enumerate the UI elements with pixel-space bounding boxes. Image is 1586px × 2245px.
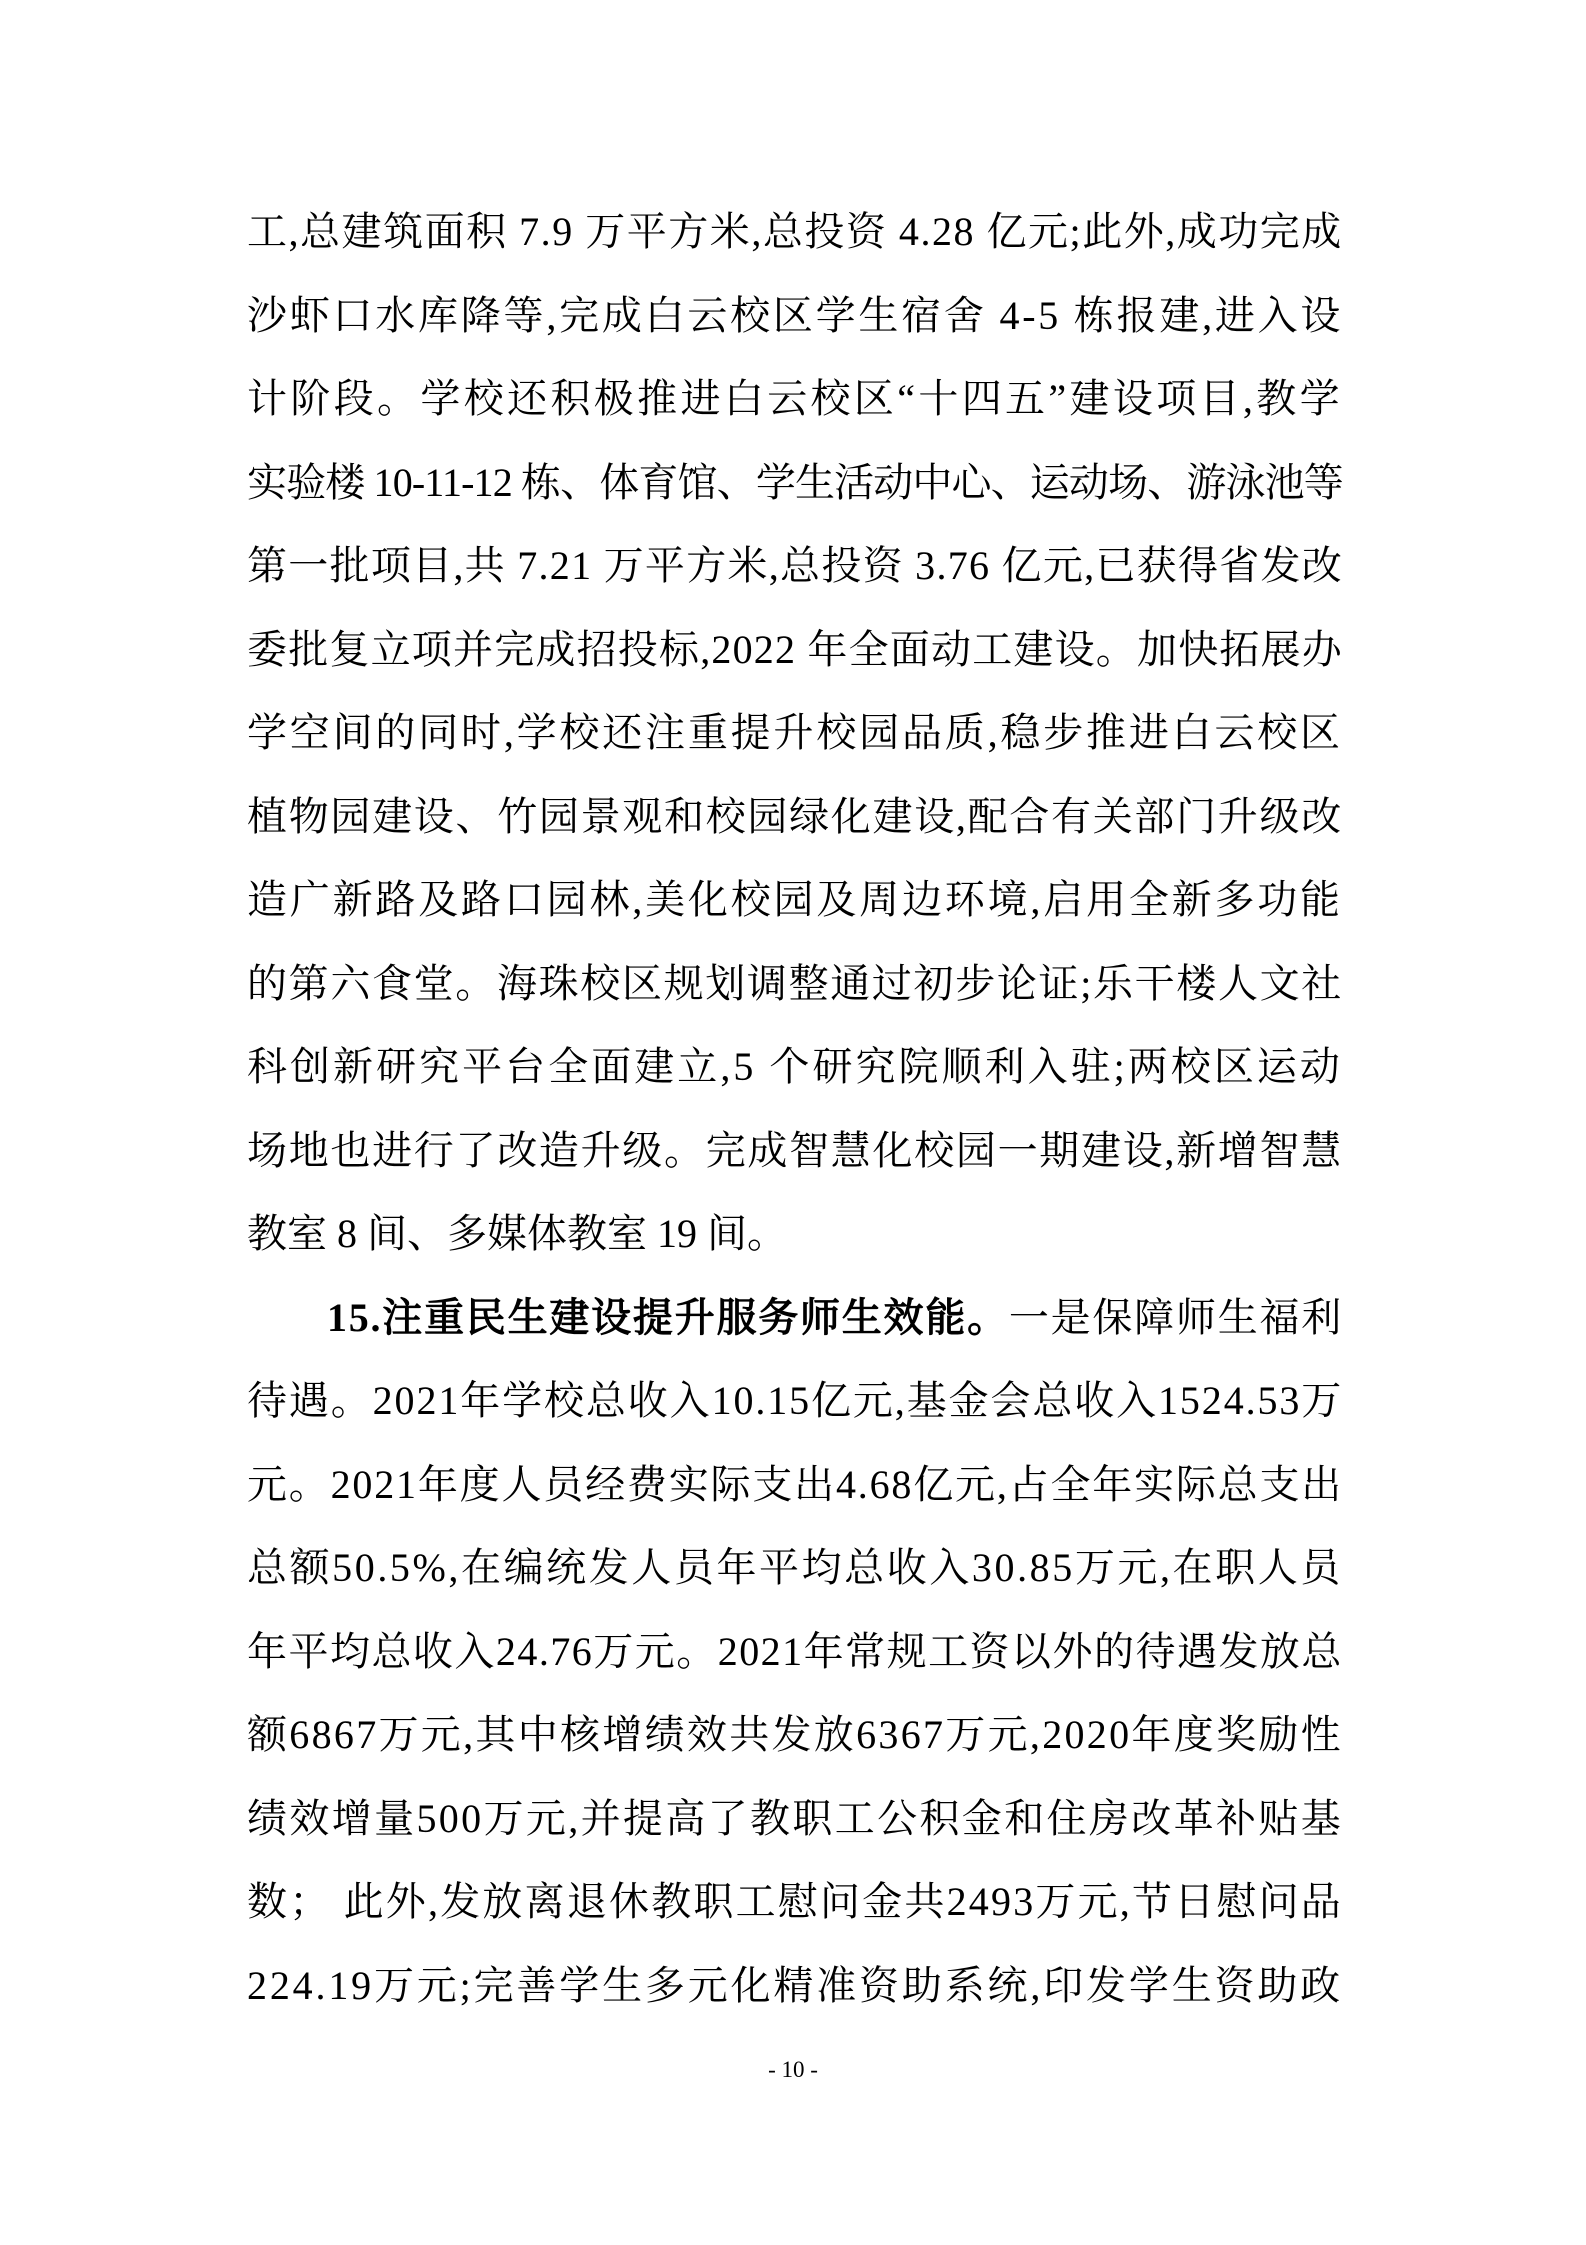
text-line: 教室 8 间、多媒体教室 19 间。 xyxy=(247,1192,1343,1276)
text-run: 造广新路及路口园林,美化校园及周边环境,启用全新多功能 xyxy=(247,877,1343,922)
text-line: 第一批项目,共 7.21 万平方米,总投资 3.76 亿元,已获得省发改 xyxy=(247,524,1343,608)
page-number: - 10 - xyxy=(0,2050,1586,2090)
text-line: 待遇。2021年学校总收入10.15亿元,基金会总收入1524.53万 xyxy=(247,1359,1343,1443)
text-line: 额6867万元,其中核增绩效共发放6367万元,2020年度奖励性 xyxy=(247,1693,1343,1777)
text-line: 植物园建设、竹园景观和校园绿化建设,配合有关部门升级改 xyxy=(247,775,1343,859)
text-line: 沙虾口水库降等,完成白云校区学生宿舍 4-5 栋报建,进入设 xyxy=(247,274,1343,358)
text-run: 一是保障师生福利 xyxy=(1009,1295,1343,1340)
paragraph-construction: 工,总建筑面积 7.9 万平方米,总投资 4.28 亿元;此外,成功完成 沙虾口… xyxy=(247,190,1343,1276)
text-line: 总额50.5%,在编统发人员年平均总收入30.85万元,在职人员 xyxy=(247,1526,1343,1610)
body-text: 工,总建筑面积 7.9 万平方米,总投资 4.28 亿元;此外,成功完成 沙虾口… xyxy=(247,190,1343,2027)
text-line: 实验楼 10-11-12 栋、体育馆、学生活动中心、运动场、游泳池等 xyxy=(247,441,1343,525)
text-run: 总额50.5%,在编统发人员年平均总收入30.85万元,在职人员 xyxy=(247,1545,1343,1590)
text-run: 场地也进行了改造升级。完成智慧化校园一期建设,新增智慧 xyxy=(247,1128,1343,1173)
text-line: 造广新路及路口园林,美化校园及周边环境,启用全新多功能 xyxy=(247,858,1343,942)
text-run: 计阶段。学校还积极推进白云校区“十四五”建设项目,教学 xyxy=(247,376,1343,421)
text-run: 年平均总收入24.76万元。2021年常规工资以外的待遇发放总 xyxy=(247,1629,1343,1674)
text-run: 数； 此外,发放离退休教职工慰问金共2493万元,节日慰问品 xyxy=(247,1879,1343,1924)
text-run: 教室 8 间、多媒体教室 19 间。 xyxy=(247,1211,787,1256)
text-run: 元。2021年度人员经费实际支出4.68亿元,占全年实际总支出 xyxy=(247,1462,1343,1507)
text-run: 植物园建设、竹园景观和校园绿化建设,配合有关部门升级改 xyxy=(247,794,1343,839)
text-line: 的第六食堂。海珠校区规划调整通过初步论证;乐干楼人文社 xyxy=(247,942,1343,1026)
text-run: 额6867万元,其中核增绩效共发放6367万元,2020年度奖励性 xyxy=(247,1712,1343,1757)
text-line: 学空间的同时,学校还注重提升校园品质,稳步推进白云校区 xyxy=(247,691,1343,775)
section-heading: 15.注重民生建设提升服务师生效能。 xyxy=(327,1295,1009,1340)
text-run: 第一批项目,共 7.21 万平方米,总投资 3.76 亿元,已获得省发改 xyxy=(247,543,1343,588)
text-run: 实验楼 10-11-12 栋、体育馆、学生活动中心、运动场、游泳池等 xyxy=(247,460,1343,505)
text-run: 待遇。2021年学校总收入10.15亿元,基金会总收入1524.53万 xyxy=(247,1378,1343,1423)
text-line: 计阶段。学校还积极推进白云校区“十四五”建设项目,教学 xyxy=(247,357,1343,441)
text-line: 绩效增量500万元,并提高了教职工公积金和住房改革补贴基 xyxy=(247,1777,1343,1861)
text-run: 委批复立项并完成招投标,2022 年全面动工建设。加快拓展办 xyxy=(247,627,1343,672)
text-run: 224.19万元;完善学生多元化精准资助系统,印发学生资助政 xyxy=(247,1963,1343,2008)
text-line: 15.注重民生建设提升服务师生效能。一是保障师生福利 xyxy=(247,1276,1343,1360)
text-run: 沙虾口水库降等,完成白云校区学生宿舍 4-5 栋报建,进入设 xyxy=(247,293,1343,338)
text-line: 场地也进行了改造升级。完成智慧化校园一期建设,新增智慧 xyxy=(247,1109,1343,1193)
text-run: 绩效增量500万元,并提高了教职工公积金和住房改革补贴基 xyxy=(247,1796,1343,1841)
text-line: 科创新研究平台全面建立,5 个研究院顺利入驻;两校区运动 xyxy=(247,1025,1343,1109)
text-line: 元。2021年度人员经费实际支出4.68亿元,占全年实际总支出 xyxy=(247,1443,1343,1527)
text-run: 工,总建筑面积 7.9 万平方米,总投资 4.28 亿元;此外,成功完成 xyxy=(247,209,1343,254)
paragraph-15: 15.注重民生建设提升服务师生效能。一是保障师生福利 待遇。2021年学校总收入… xyxy=(247,1276,1343,2028)
text-run: 科创新研究平台全面建立,5 个研究院顺利入驻;两校区运动 xyxy=(247,1044,1343,1089)
text-line: 数； 此外,发放离退休教职工慰问金共2493万元,节日慰问品 xyxy=(247,1860,1343,1944)
text-line: 224.19万元;完善学生多元化精准资助系统,印发学生资助政 xyxy=(247,1944,1343,2028)
document-page: 工,总建筑面积 7.9 万平方米,总投资 4.28 亿元;此外,成功完成 沙虾口… xyxy=(0,0,1586,2245)
text-line: 委批复立项并完成招投标,2022 年全面动工建设。加快拓展办 xyxy=(247,608,1343,692)
text-run: 的第六食堂。海珠校区规划调整通过初步论证;乐干楼人文社 xyxy=(247,961,1343,1006)
text-line: 工,总建筑面积 7.9 万平方米,总投资 4.28 亿元;此外,成功完成 xyxy=(247,190,1343,274)
text-run: 学空间的同时,学校还注重提升校园品质,稳步推进白云校区 xyxy=(247,710,1343,755)
text-line: 年平均总收入24.76万元。2021年常规工资以外的待遇发放总 xyxy=(247,1610,1343,1694)
